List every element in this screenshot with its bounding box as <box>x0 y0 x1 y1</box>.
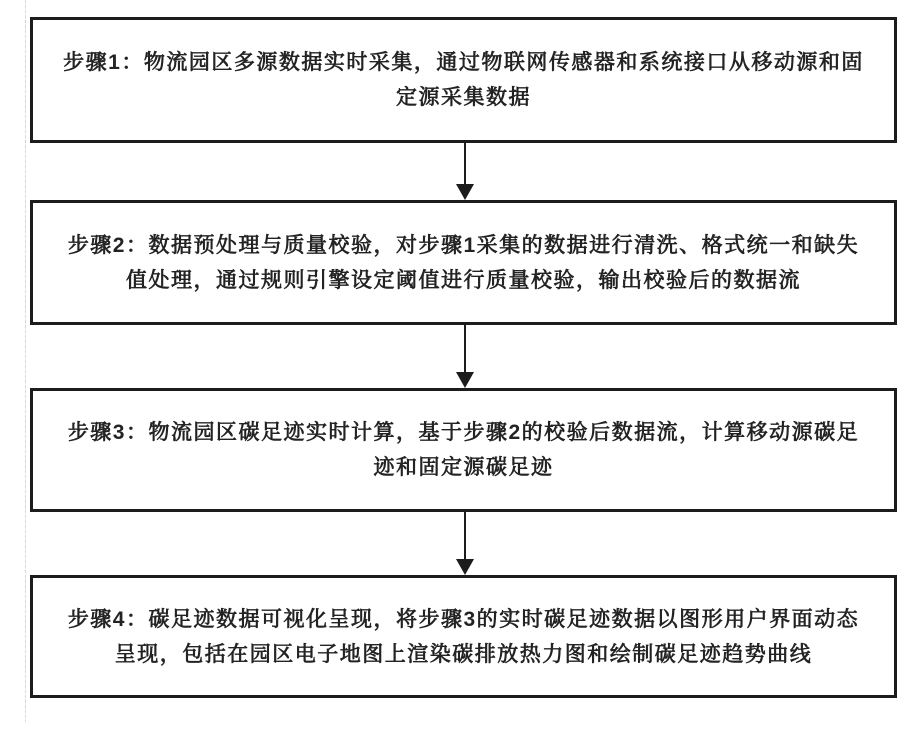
arrow-line <box>464 512 466 559</box>
arrow-down-icon <box>456 184 474 200</box>
flow-arrow-3 <box>456 512 474 575</box>
flowchart-figure: 步骤1：物流园区多源数据实时采集，通过物联网传感器和系统接口从移动源和固定源采集… <box>0 0 921 735</box>
scan-artifact-line <box>25 0 26 722</box>
step-box-1: 步骤1：物流园区多源数据实时采集，通过物联网传感器和系统接口从移动源和固定源采集… <box>30 17 897 143</box>
flow-arrow-2 <box>456 325 474 388</box>
arrow-down-icon <box>456 372 474 388</box>
step-box-2: 步骤2：数据预处理与质量校验，对步骤1采集的数据进行清洗、格式统一和缺失值处理，… <box>30 200 897 325</box>
step-box-3: 步骤3：物流园区碳足迹实时计算，基于步骤2的校验后数据流，计算移动源碳足迹和固定… <box>30 388 897 512</box>
flow-arrow-1 <box>456 143 474 200</box>
step-1-text: 步骤1：物流园区多源数据实时采集，通过物联网传感器和系统接口从移动源和固定源采集… <box>63 45 864 115</box>
arrow-line <box>464 143 466 184</box>
arrow-down-icon <box>456 559 474 575</box>
arrow-line <box>464 325 466 372</box>
step-2-text: 步骤2：数据预处理与质量校验，对步骤1采集的数据进行清洗、格式统一和缺失值处理，… <box>63 228 864 298</box>
step-4-text: 步骤4：碳足迹数据可视化呈现，将步骤3的实时碳足迹数据以图形用户界面动态呈现，包… <box>63 602 864 672</box>
step-3-text: 步骤3：物流园区碳足迹实时计算，基于步骤2的校验后数据流，计算移动源碳足迹和固定… <box>63 415 864 485</box>
step-box-4: 步骤4：碳足迹数据可视化呈现，将步骤3的实时碳足迹数据以图形用户界面动态呈现，包… <box>30 575 897 698</box>
